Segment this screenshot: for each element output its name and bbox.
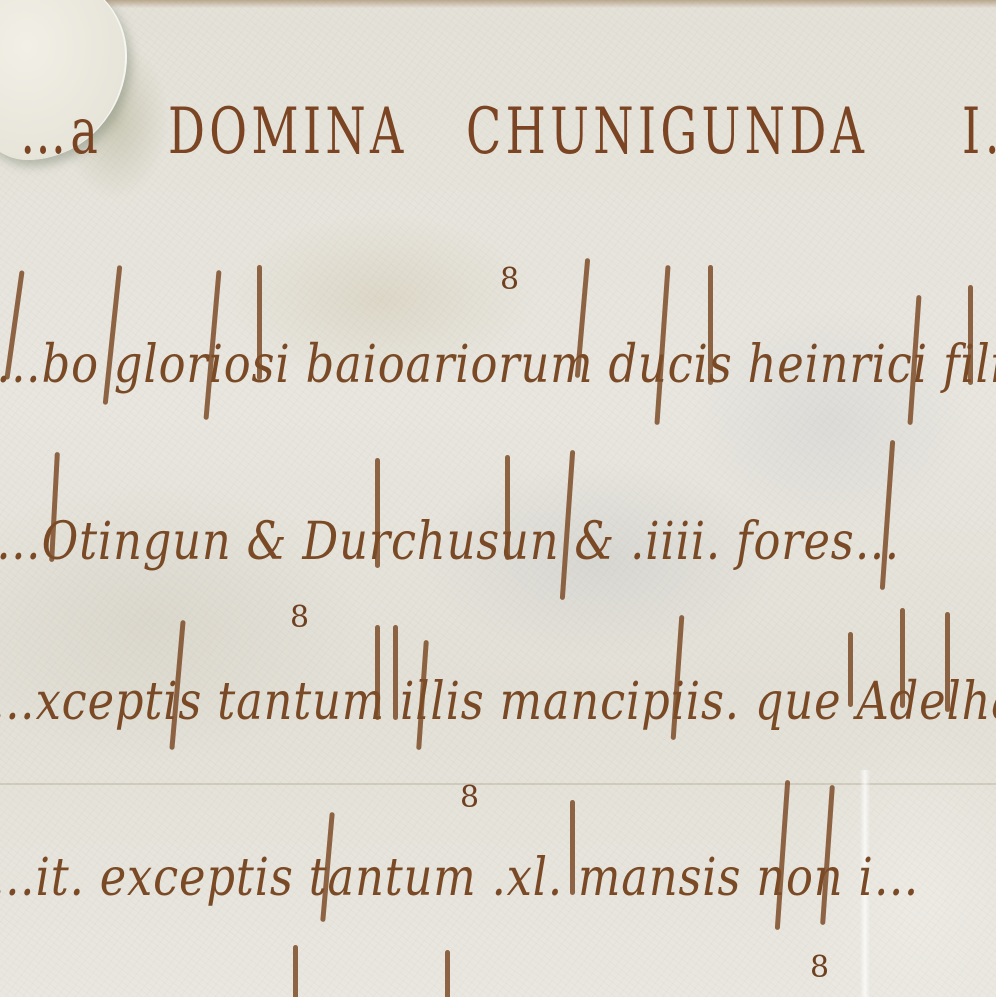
ascender-stroke [375, 458, 380, 568]
abbreviation-mark: 8 [810, 950, 829, 985]
text-line-3: …xceptis tantum illis mancipiis. que Ade… [0, 672, 996, 732]
abbreviation-mark: 8 [460, 780, 479, 815]
top-edge-stain [90, 0, 996, 8]
header-fragment-text: …a [20, 95, 102, 169]
ascender-stroke [968, 285, 973, 385]
manuscript-page: …a DOMINA CHUNIGUNDA I… …bo gloriosi bai… [0, 0, 996, 997]
ascender-stroke [393, 625, 398, 720]
ascender-stroke [257, 265, 262, 380]
ascender-stroke [445, 950, 450, 997]
text-line-content: …Otingun & Durchusun & .iiii. fores… [0, 512, 900, 572]
ascender-stroke [848, 632, 853, 707]
header-word-text: DOMINA [168, 95, 408, 169]
ascender-stroke [293, 945, 298, 997]
header-word-text: CHUNIGUNDA [466, 95, 868, 169]
text-line-1: …bo gloriosi baioariorum ducis heinrici … [0, 335, 996, 395]
fold-line [0, 783, 996, 785]
ascender-stroke [945, 612, 950, 712]
abbreviation-mark: 8 [290, 600, 309, 635]
ascender-stroke [375, 625, 380, 720]
header-word-text: I… [962, 95, 996, 169]
text-line-content: …bo gloriosi baioariorum ducis heinrici … [0, 335, 996, 395]
header-word-chunigunda: CHUNIGUNDA [466, 95, 868, 169]
text-line-2: …Otingun & Durchusun & .iiii. fores… [0, 512, 900, 572]
header-fragment-left: …a [20, 95, 102, 169]
header-word-domina: DOMINA [168, 95, 408, 169]
ascender-stroke [900, 608, 905, 708]
ascender-stroke [708, 265, 713, 385]
ascender-stroke [570, 800, 575, 895]
header-word-fragment-right: I… [962, 95, 996, 169]
abbreviation-mark: 8 [500, 262, 519, 297]
text-line-content: …xceptis tantum illis mancipiis. que Ade… [0, 672, 996, 732]
ascender-stroke [505, 455, 510, 560]
